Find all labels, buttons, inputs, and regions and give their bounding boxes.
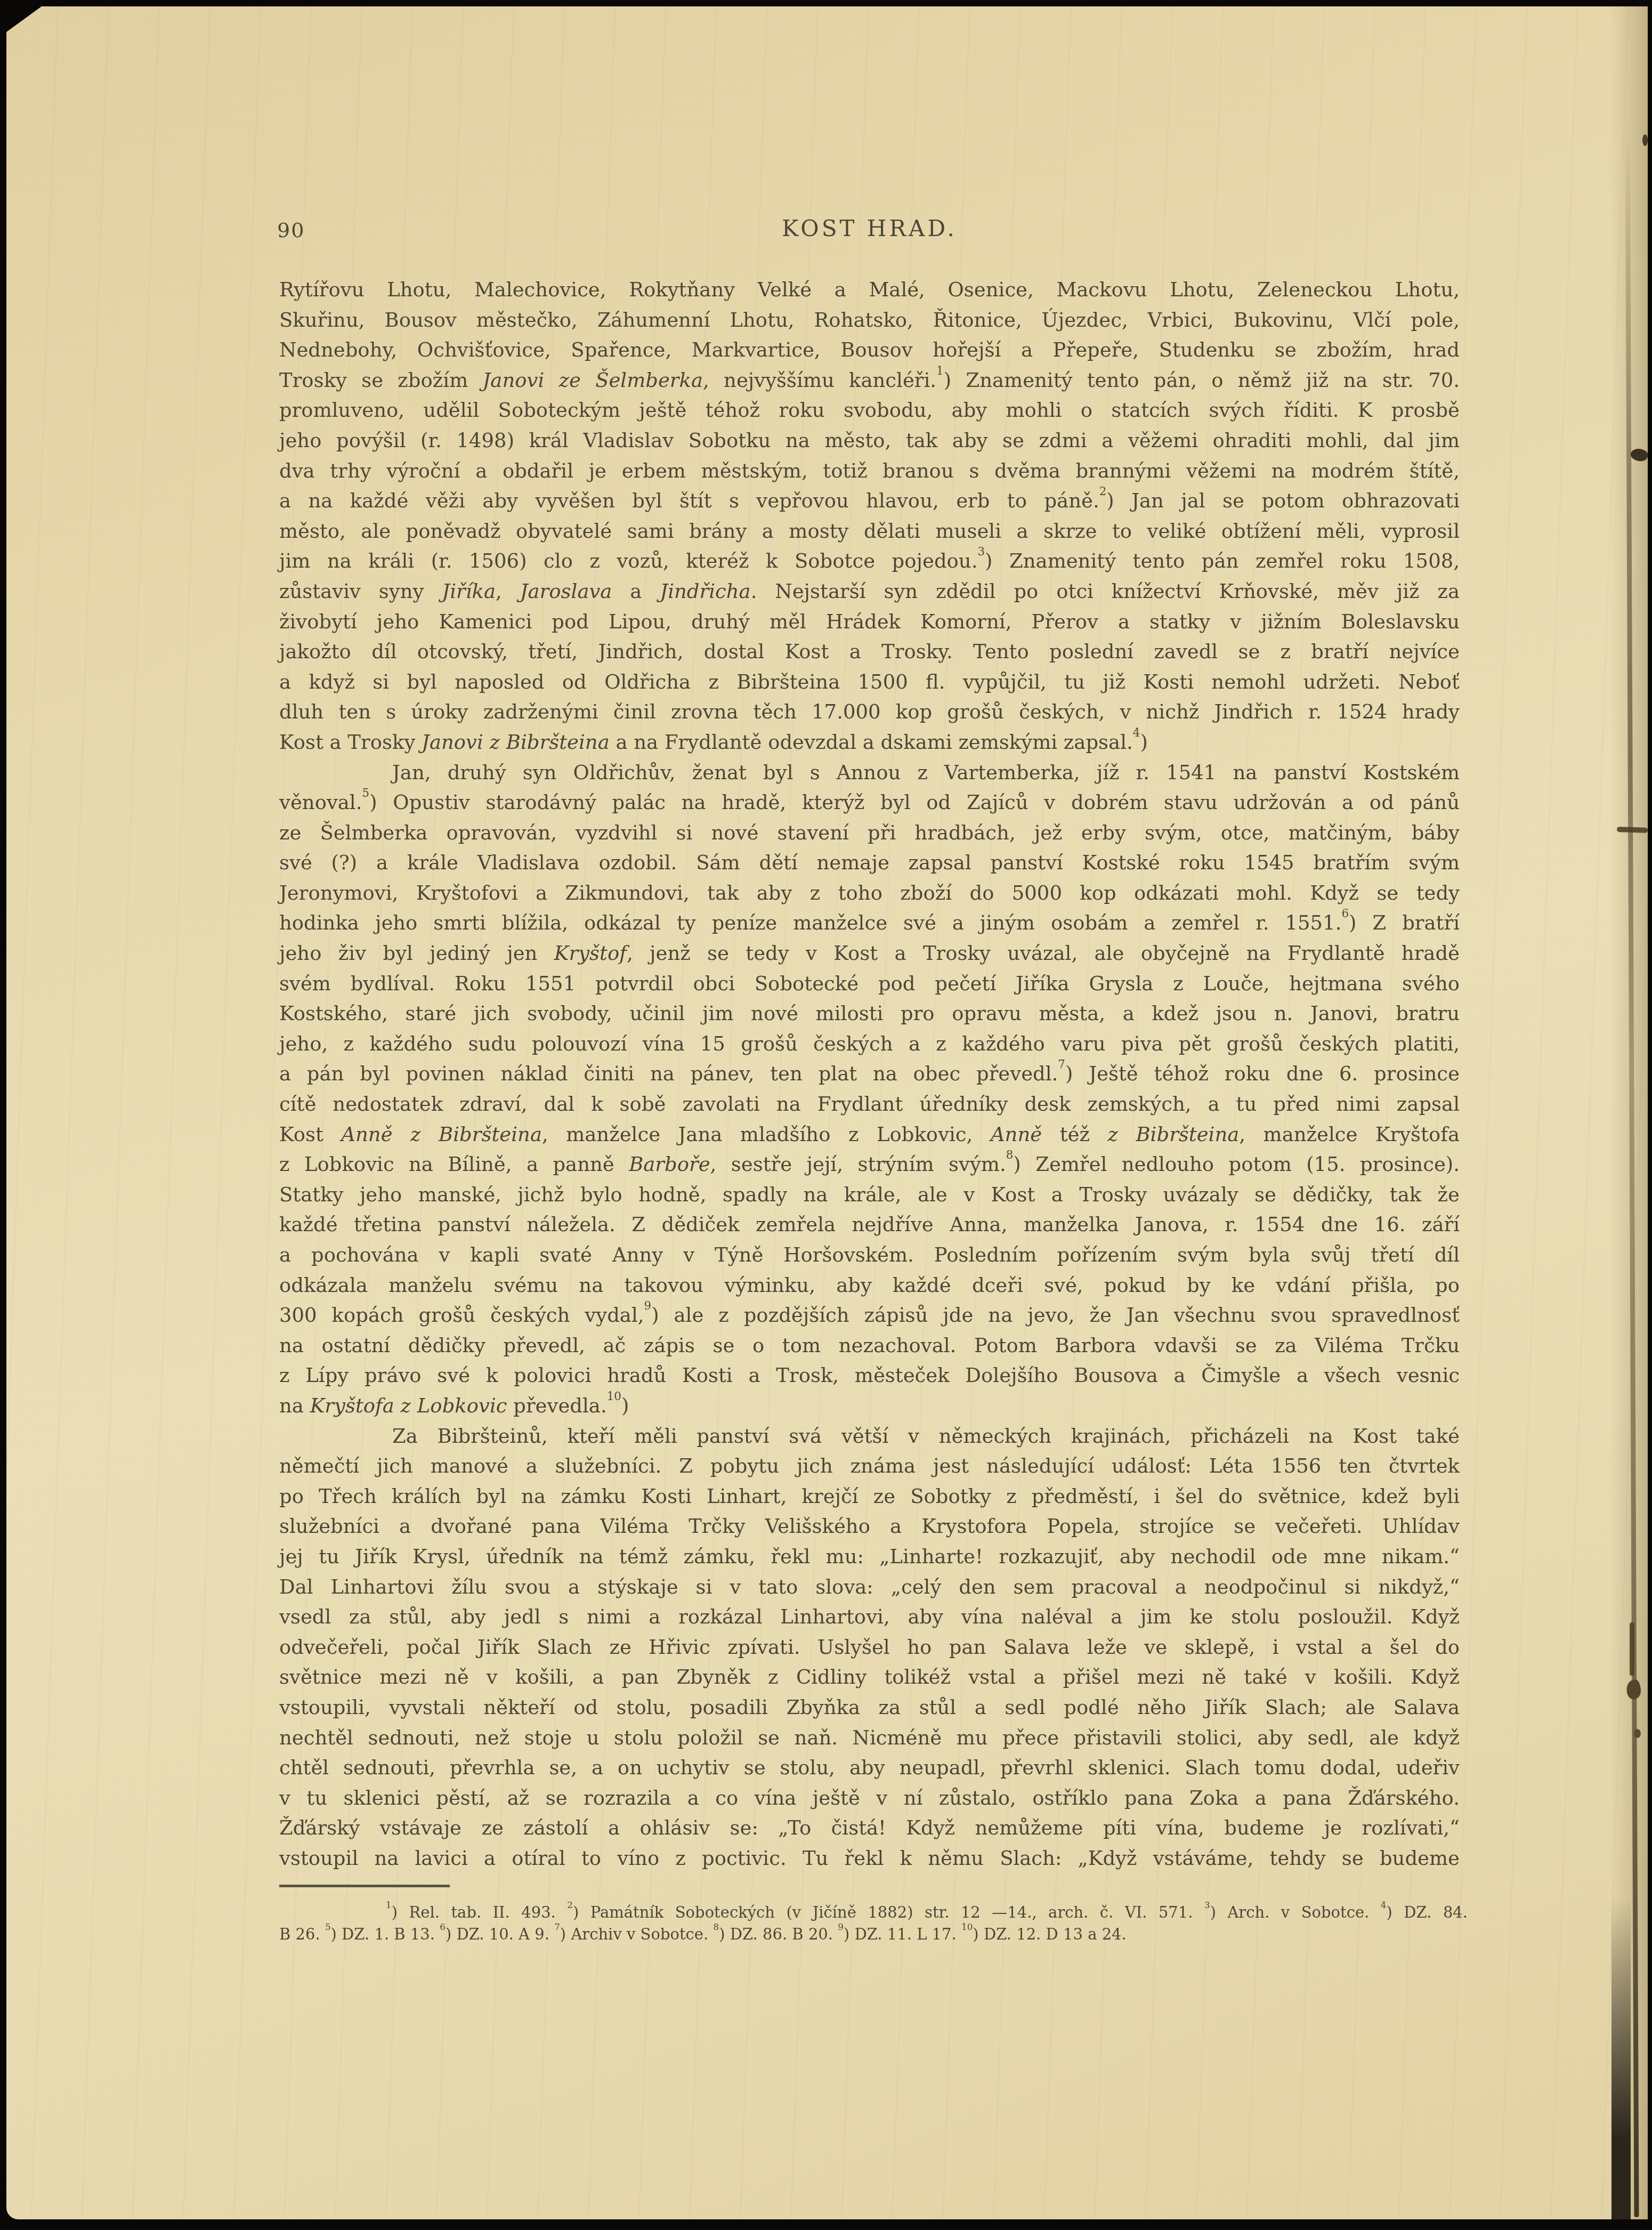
footnote-line: 1) Rel. tab. II. 493. 2) Památník Sobote… xyxy=(279,1902,1468,1924)
scan-mark xyxy=(1617,827,1648,833)
text-line: dluh ten s úroky zadrženými činil zrovna… xyxy=(279,697,1460,728)
text-line: Jeronymovi, Kryštofovi a Zikmundovi, tak… xyxy=(279,878,1460,909)
text-line: Za Bibršteinů, kteří měli panství svá vě… xyxy=(279,1421,1460,1452)
text-line: vsedl za stůl, aby jedl s nimi a rozkáza… xyxy=(279,1602,1460,1633)
text-line: odvečeřeli, počal Jiřík Slach ze Hřivic … xyxy=(279,1633,1460,1663)
text-line: odkázala manželu svému na takovou výmink… xyxy=(279,1271,1460,1301)
text-line: světnice mezi ně v košili, a pan Zbyněk … xyxy=(279,1662,1460,1693)
text-line: věnoval.5) Opustiv starodávný palác na h… xyxy=(279,788,1460,818)
text-line: jakožto díl otcovský, třetí, Jindřich, d… xyxy=(279,637,1460,667)
text-line: němečtí jich manové a služebníci. Z poby… xyxy=(279,1451,1460,1482)
text-line: hodinka jeho smrti blížila, odkázal ty p… xyxy=(279,908,1460,939)
text-line: živobytí jeho Kamenici pod Lipou, druhý … xyxy=(279,607,1460,637)
text-line: služebníci a dvořané pana Viléma Trčky V… xyxy=(279,1512,1460,1542)
text-line: Kost a Trosky Janovi z Bibršteina a na F… xyxy=(279,728,1460,758)
scan-mark xyxy=(1634,1729,1641,1738)
text-line: Rytířovu Lhotu, Malechovice, Rokytňany V… xyxy=(279,275,1460,305)
text-line: jim na králi (r. 1506) clo z vozů, které… xyxy=(279,546,1460,577)
scan-mark xyxy=(1630,1622,1634,1676)
text-line: Trosky se zbožím Janovi ze Šelmberka, ne… xyxy=(279,366,1460,396)
text-line: v tu sklenici pěstí, až se rozrazila a c… xyxy=(279,1783,1460,1814)
footnote-line: B 26. 5) DZ. 1. B 13. 6) DZ. 10. A 9. 7)… xyxy=(279,1924,1468,1945)
text-line: Jan, druhý syn Oldřichův, ženat byl s An… xyxy=(279,758,1460,788)
text-line: vstoupil na lavici a otíral to víno z po… xyxy=(279,1844,1460,1874)
body-text: Rytířovu Lhotu, Malechovice, Rokytňany V… xyxy=(279,275,1460,1873)
text-line: nechtěl sednouti, než stoje u stolu polo… xyxy=(279,1723,1460,1754)
text-line: svém bydlíval. Roku 1551 potvrdil obci S… xyxy=(279,969,1460,999)
text-line: po Třech králích byl na zámku Kosti Linh… xyxy=(279,1482,1460,1512)
text-line: své (?) a krále Vladislava ozdobil. Sám … xyxy=(279,848,1460,878)
text-line: Žďárský vstávaje ze zástolí a ohlásiv se… xyxy=(279,1813,1460,1844)
text-line: z Lobkovic na Bílině, a panně Barboře, s… xyxy=(279,1150,1460,1180)
text-line: Nednebohy, Ochvišťovice, Spařence, Markv… xyxy=(279,335,1460,366)
text-line: vstoupili, vyvstali někteří od stolu, po… xyxy=(279,1693,1460,1723)
text-line: a na každé věži aby vyvěšen byl štít s v… xyxy=(279,486,1460,516)
text-line: chtěl sednouti, převrhla se, a on uchyti… xyxy=(279,1753,1460,1783)
text-line: Skuřinu, Bousov městečko, Záhumenní Lhot… xyxy=(279,305,1460,336)
text-line: a pochována v kapli svaté Anny v Týně Ho… xyxy=(279,1240,1460,1271)
text-line: Statky jeho manské, jichž bylo hodně, sp… xyxy=(279,1180,1460,1210)
text-line: každé třetina panství náležela. Z dědiče… xyxy=(279,1210,1460,1240)
text-line: a pán byl povinen náklad činiti na pánev… xyxy=(279,1059,1460,1089)
footnotes: 1) Rel. tab. II. 493. 2) Památník Sobote… xyxy=(279,1902,1468,1945)
running-head: KOST HRAD. xyxy=(279,215,1460,241)
text-line: jeho povýšil (r. 1498) král Vladislav So… xyxy=(279,426,1460,456)
scan-mark xyxy=(1642,134,1648,146)
text-line: Kostského, staré jich svobody, učinil ji… xyxy=(279,999,1460,1029)
text-line: jej tu Jiřík Krysl, úředník na témž zámk… xyxy=(279,1542,1460,1572)
text-line: dva trhy výroční a obdařil je erbem měst… xyxy=(279,456,1460,487)
text-line: na ostatní dědičky převedl, ač zápis se … xyxy=(279,1331,1460,1361)
text-line: město, ale poněvadž obyvatelé sami brány… xyxy=(279,516,1460,547)
text-line: zůstaviv syny Jiříka, Jaroslava a Jindři… xyxy=(279,577,1460,607)
text-line: jeho živ byl jediný jen Kryštof, jenž se… xyxy=(279,939,1460,969)
text-line: jeho, z každého sudu polouvozí vína 15 g… xyxy=(279,1029,1460,1060)
text-line: z Lípy právo své k polovici hradů Kosti … xyxy=(279,1361,1460,1391)
page-paper: 90 KOST HRAD. Rytířovu Lhotu, Malechovic… xyxy=(6,6,1648,2219)
text-line: a když si byl naposled od Oldřicha z Bib… xyxy=(279,667,1460,698)
text-line: 300 kopách grošů českých vydal,9) ale z … xyxy=(279,1300,1460,1331)
text-line: promluveno, udělil Soboteckým ještě tého… xyxy=(279,395,1460,426)
book-scan: { "page": { "folio": "90", "running_head… xyxy=(0,0,1652,2230)
text-line: na Kryštofa z Lobkovic převedla.10) xyxy=(279,1391,1460,1421)
text-line: cítě nedostatek zdraví, dal k sobě zavol… xyxy=(279,1089,1460,1120)
text-line: Dal Linhartovi žílu svou a stýskaje si v… xyxy=(279,1572,1460,1603)
text-line: Kost Anně z Bibršteina, manželce Jana ml… xyxy=(279,1120,1460,1150)
scan-edge-band xyxy=(1611,1897,1631,2219)
text-line: ze Šelmberka opravován, vyzdvihl si nové… xyxy=(279,818,1460,849)
footnote-rule xyxy=(279,1885,450,1887)
